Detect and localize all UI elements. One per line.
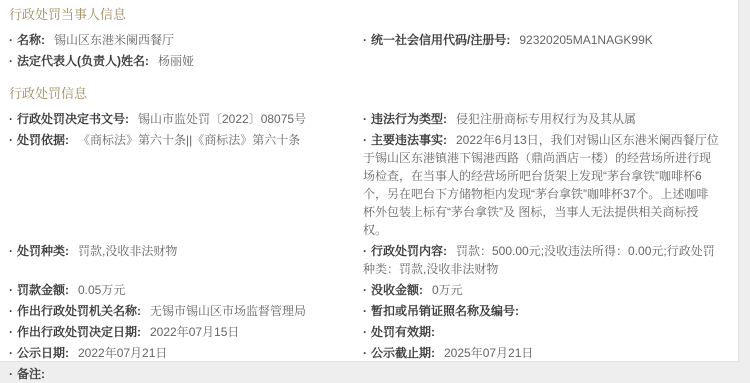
bullet-icon: · xyxy=(363,283,367,297)
bullet-icon: · xyxy=(9,283,13,297)
field-value: 罚款,没收非法财物 xyxy=(78,244,177,258)
bullet-icon: · xyxy=(9,346,13,360)
field-value: 无锡市锡山区市场监督管理局 xyxy=(150,304,306,318)
field-label: 罚款金额: xyxy=(17,283,69,297)
field-label: 作出行政处罚决定日期: xyxy=(17,325,141,339)
bullet-icon: · xyxy=(9,133,13,147)
field-label: 违法行为类型: xyxy=(371,112,447,126)
field-value: 《商标法》第六十条||《商标法》第六十条 xyxy=(78,133,300,147)
field-publicity-date: ·公示日期:2022年07月21日 xyxy=(9,344,363,362)
field-suspended-license: ·暂扣或吊销证照名称及编号: xyxy=(363,302,728,320)
bullet-icon: · xyxy=(363,346,367,360)
field-value: 侵犯注册商标专用权行为及其从属 xyxy=(456,112,636,126)
bullet-icon: · xyxy=(363,325,367,339)
field-penalty-validity: ·处罚有效期: xyxy=(363,323,728,341)
field-label: 主要违法事实: xyxy=(371,133,447,147)
field-label: 公示截止期: xyxy=(371,346,435,360)
field-penalty-category: ·处罚种类:罚款,没收非法财物 xyxy=(9,242,363,278)
field-main-violation-facts: ·主要违法事实:2022年6月13日，我们对锡山区东港米阑西餐厅位于锡山区东港镇… xyxy=(363,131,728,239)
bullet-icon: · xyxy=(9,244,13,258)
field-label: 暂扣或吊销证照名称及编号: xyxy=(371,304,519,318)
field-decision-doc-number: ·行政处罚决定书文号:锡山市监处罚〔2022〕08075号 xyxy=(9,110,363,128)
field-label: 行政处罚内容: xyxy=(371,244,447,258)
field-label: 名称: xyxy=(17,33,45,47)
bullet-icon: · xyxy=(363,304,367,318)
field-publicity-end-date: ·公示截止期:2025年07月21日 xyxy=(363,344,728,362)
field-value: 92320205MA1NAGK99K xyxy=(519,33,652,47)
field-value: 2025年07月21日 xyxy=(444,346,533,360)
penalty-info-rows: ·行政处罚决定书文号:锡山市监处罚〔2022〕08075号 ·违法行为类型:侵犯… xyxy=(9,110,738,365)
field-penalty-basis: ·处罚依据:《商标法》第六十条||《商标法》第六十条 xyxy=(9,131,363,239)
bullet-icon: · xyxy=(9,304,13,318)
field-label: 行政处罚决定书文号: xyxy=(17,112,129,126)
field-confiscation-amount: ·没收金额:0万元 xyxy=(363,281,728,299)
section-title-penalty-info: 行政处罚信息 xyxy=(9,86,738,101)
field-value: 0万元 xyxy=(432,283,463,297)
field-value: 2022年07月15日 xyxy=(150,325,239,339)
field-violation-type: ·违法行为类型:侵犯注册商标专用权行为及其从属 xyxy=(363,110,728,128)
field-label: 处罚有效期: xyxy=(371,325,435,339)
field-value: 锡山市监处罚〔2022〕08075号 xyxy=(138,112,306,126)
field-fine-amount: ·罚款金额:0.05万元 xyxy=(9,281,363,299)
field-company-name: ·名称:锡山区东港米阑西餐厅 xyxy=(9,31,363,49)
field-value: 杨丽娅 xyxy=(158,54,194,68)
field-decision-date: ·作出行政处罚决定日期:2022年07月15日 xyxy=(9,323,363,341)
field-penalty-content: ·行政处罚内容:罚款：500.00元;没收违法所得：0.00元;行政处罚种类：罚… xyxy=(363,242,728,278)
field-legal-representative: ·法定代表人(负责人)姓名:杨丽娅 xyxy=(9,52,363,70)
bullet-icon: · xyxy=(363,33,367,47)
field-label: 没收金额: xyxy=(371,283,423,297)
field-label: 公示日期: xyxy=(17,346,69,360)
field-label: 处罚依据: xyxy=(17,133,69,147)
field-value: 锡山区东港米阑西餐厅 xyxy=(54,33,174,47)
bullet-icon: · xyxy=(9,33,13,47)
bullet-icon: · xyxy=(9,325,13,339)
field-credit-code: ·统一社会信用代码/注册号:92320205MA1NAGK99K xyxy=(363,31,728,49)
field-penalty-authority: ·作出行政处罚机关名称:无锡市锡山区市场监督管理局 xyxy=(9,302,363,320)
bullet-icon: · xyxy=(363,112,367,126)
penalty-info-card: 行政处罚当事人信息 ·名称:锡山区东港米阑西餐厅 ·统一社会信用代码/注册号:9… xyxy=(0,0,739,362)
bullet-icon: · xyxy=(363,133,367,147)
party-info-rows: ·名称:锡山区东港米阑西餐厅 ·统一社会信用代码/注册号:92320205MA1… xyxy=(9,31,738,70)
bullet-icon: · xyxy=(363,244,367,258)
field-label: 法定代表人(负责人)姓名: xyxy=(17,54,149,68)
field-value: 0.05万元 xyxy=(78,283,125,297)
field-value: 2022年6月13日，我们对锡山区东港米阑西餐厅位于锡山区东港镇港下锡港西路（鼎… xyxy=(363,133,719,237)
field-value: 2022年07月21日 xyxy=(78,346,167,360)
field-label: 作出行政处罚机关名称: xyxy=(17,304,141,318)
field-label: 处罚种类: xyxy=(17,244,69,258)
bullet-icon: · xyxy=(9,112,13,126)
field-empty xyxy=(363,52,728,70)
section-title-party-info: 行政处罚当事人信息 xyxy=(9,7,738,22)
bullet-icon: · xyxy=(9,54,13,68)
field-label: 统一社会信用代码/注册号: xyxy=(371,33,510,47)
